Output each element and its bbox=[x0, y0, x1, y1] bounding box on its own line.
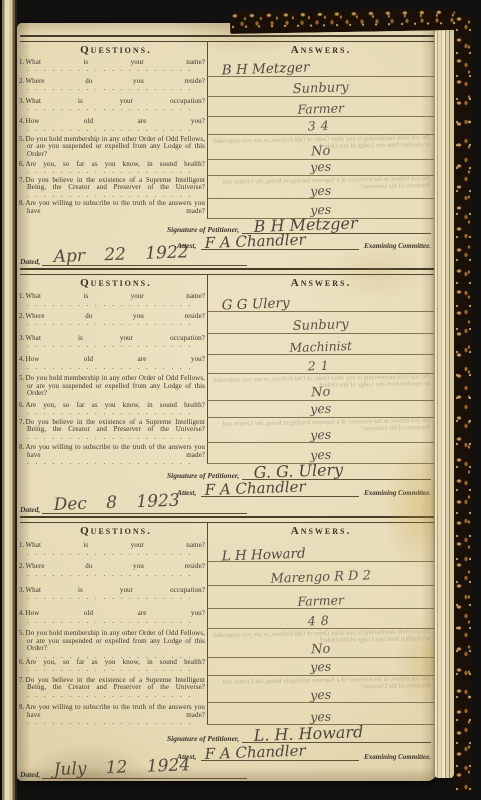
answer-cell: Sunbury bbox=[207, 77, 434, 97]
dot-leaders: . . . . . . . . . . . . . . . . . . . . bbox=[27, 408, 193, 416]
dot-leaders: . . . . . . . . . . . . . . . . . . . . bbox=[27, 84, 193, 92]
question-answer-row: 3.What is your occupation? . . . . . . .… bbox=[17, 334, 437, 356]
question-answer-row: 1.What is your name? . . . . . . . . . .… bbox=[17, 58, 437, 77]
section-divider-rule bbox=[20, 35, 434, 42]
examining-committee-label: Examining Committee. bbox=[364, 242, 431, 250]
questions-header: Questions. bbox=[17, 523, 207, 541]
handwritten-answer: Farmer bbox=[208, 99, 434, 119]
handwritten-answer: 48 bbox=[208, 611, 434, 631]
question-number: 7. bbox=[19, 676, 24, 684]
question-cell: 7.Do you believe in the existence of a S… bbox=[17, 176, 207, 200]
dot-leaders: . . . . . . . . . . . . . . . . . . . . bbox=[27, 433, 193, 441]
signature-of-petitioner-label: Signature of Petitioner, bbox=[167, 734, 239, 743]
answer-cell: 48 bbox=[207, 609, 434, 629]
date-line: Apr 22 1922 bbox=[42, 265, 247, 266]
dot-leaders: . . . . . . . . . . . . . . . . . . . . bbox=[27, 617, 193, 625]
question-cell: 3.What is your occupation? . . . . . . .… bbox=[17, 97, 207, 117]
question-cell: 6.Are you, so far as you know, in sound … bbox=[17, 160, 207, 176]
question-cell: 8.Are you willing to subscribe to the tr… bbox=[17, 443, 207, 464]
dated-row: Dated, July 12 1924 bbox=[17, 762, 437, 781]
answer-cell: Machinist bbox=[207, 334, 434, 356]
answer-cell: Farmer bbox=[207, 97, 434, 117]
attest-signature: F A Chandler bbox=[205, 230, 307, 252]
dot-leaders: . . . . . . . . . . . . . . . . . . . . bbox=[27, 665, 193, 673]
question-number: 4. bbox=[19, 609, 24, 617]
question-answer-row: 8.Are you willing to subscribe to the tr… bbox=[17, 703, 437, 725]
dot-leaders: . . . . . . . . . . . . . . . . . . . . bbox=[27, 300, 193, 308]
attest-label: Attest, bbox=[177, 488, 196, 497]
handwritten-answer: 21 bbox=[208, 356, 434, 376]
answer-cell: Sunbury bbox=[207, 312, 434, 334]
dated-label: Dated, bbox=[20, 770, 40, 779]
attest-line: F A Chandler bbox=[201, 249, 359, 250]
question-number: 8. bbox=[19, 443, 24, 451]
answer-cell: yes bbox=[207, 160, 434, 176]
book-cover-marbled-right bbox=[454, 15, 471, 793]
question-cell: 5.Do you hold membership in any other Or… bbox=[17, 374, 207, 400]
dot-leaders: . . . . . . . . . . . . . . . . . . . . bbox=[27, 104, 193, 112]
question-answer-row: 8.Are you willing to subscribe to the tr… bbox=[17, 199, 437, 218]
dot-leaders: . . . . . . . . . . . . . . . . . . . . bbox=[27, 65, 193, 73]
answers-header: Answers. bbox=[207, 275, 434, 292]
page-stack-edges bbox=[435, 25, 454, 778]
questions-header: Questions. bbox=[17, 42, 207, 58]
question-cell: 1.What is your name? . . . . . . . . . .… bbox=[17, 292, 207, 312]
question-number: 3. bbox=[19, 334, 24, 342]
question-cell: 1.What is your name? . . . . . . . . . .… bbox=[17, 541, 207, 562]
membership-petition-section: Questions. Answers. 1.What is your name?… bbox=[17, 516, 437, 781]
question-cell: 4.How old are you? . . . . . . . . . . .… bbox=[17, 609, 207, 629]
question-cell: 7.Do you believe in the existence of a S… bbox=[17, 418, 207, 444]
dated-row: Dated, Apr 22 1922 bbox=[17, 251, 437, 268]
question-text: Do you believe in the existence of a Sup… bbox=[25, 176, 205, 192]
dot-leaders: . . . . . . . . . . . . . . . . . . . . bbox=[27, 167, 193, 175]
dated-label: Dated, bbox=[20, 505, 40, 514]
question-answer-row: 7.Do you believe in the existence of a S… bbox=[17, 418, 437, 444]
dot-leaders: . . . . . . . . . . . . . . . . . . . . bbox=[27, 125, 193, 133]
dot-leaders: . . . . . . . . . . . . . . . . . . . . bbox=[27, 363, 193, 371]
header-row: Questions. Answers. bbox=[17, 42, 437, 58]
answer-cell: L H Howard bbox=[207, 541, 434, 562]
question-number: 1. bbox=[19, 541, 24, 549]
examining-committee-label: Examining Committee. bbox=[364, 489, 431, 497]
signature-row: Signature of Petitioner, L. H. Howard bbox=[17, 725, 437, 743]
header-row: Questions. Answers. bbox=[17, 523, 437, 541]
attest-line: F A Chandler bbox=[201, 496, 359, 497]
handwritten-answer: Sunbury bbox=[208, 315, 434, 336]
question-cell: 8.Are you willing to subscribe to the tr… bbox=[17, 199, 207, 218]
attest-line: F A Chandler bbox=[201, 760, 359, 761]
dot-leaders: . . . . . . . . . . . . . . . . . . . . bbox=[27, 593, 193, 601]
dot-leaders: . . . . . . . . . . . . . . . . . . . . bbox=[27, 319, 193, 327]
date-line: July 12 1924 bbox=[42, 778, 247, 779]
question-number: 4. bbox=[19, 355, 24, 363]
signature-of-petitioner-label: Signature of Petitioner, bbox=[167, 471, 239, 480]
answer-cell: 21 bbox=[207, 355, 434, 374]
question-answer-row: 4.How old are you? . . . . . . . . . . .… bbox=[17, 117, 437, 135]
question-number: 2. bbox=[19, 77, 24, 85]
question-text: Are you willing to subscribe to the trut… bbox=[25, 703, 205, 719]
question-answer-row: 3.What is your occupation? . . . . . . .… bbox=[17, 97, 437, 117]
question-cell: 3.What is your occupation? . . . . . . .… bbox=[17, 334, 207, 356]
question-text: Do you hold membership in any other Orde… bbox=[25, 135, 205, 158]
handwritten-answer: L H Howard bbox=[208, 543, 434, 564]
examining-committee-label: Examining Committee. bbox=[364, 753, 431, 761]
handwritten-answer: No bbox=[208, 639, 434, 660]
answer-cell: Farmer bbox=[207, 586, 434, 609]
dot-leaders: . . . . . . . . . . . . . . . . . . . . bbox=[27, 691, 193, 699]
dated-row: Dated, Dec 8 1923 bbox=[17, 498, 437, 516]
question-number: 6. bbox=[19, 658, 24, 666]
handwritten-answer: yes bbox=[208, 425, 434, 445]
question-cell: 8.Are you willing to subscribe to the tr… bbox=[17, 703, 207, 725]
question-answer-row: 5.Do you hold membership in any other Or… bbox=[17, 135, 437, 160]
question-answer-row: 2.Where do you reside? . . . . . . . . .… bbox=[17, 77, 437, 97]
question-answer-row: 5.Do you hold membership in any other Or… bbox=[17, 374, 437, 400]
handwritten-answer: Marengo R D 2 bbox=[208, 567, 434, 588]
header-row: Questions. Answers. bbox=[17, 275, 437, 292]
question-text: Are you willing to subscribe to the trut… bbox=[25, 199, 205, 215]
question-answer-row: 4.How old are you? . . . . . . . . . . .… bbox=[17, 609, 437, 629]
answer-cell: G G Ulery bbox=[207, 292, 434, 312]
question-answer-row: 6.Are you, so far as you know, in sound … bbox=[17, 401, 437, 418]
handwritten-date: Dec 8 1923 bbox=[54, 491, 181, 515]
question-answer-row: 3.What is your occupation? . . . . . . .… bbox=[17, 586, 437, 609]
attest-signature: F A Chandler bbox=[205, 741, 307, 763]
answer-cell: Do you hold membership in any other Orde… bbox=[207, 629, 434, 657]
question-number: 8. bbox=[19, 199, 24, 207]
answer-cell: yes bbox=[207, 658, 434, 676]
membership-petition-section: Questions. Answers. 1.What is your name?… bbox=[17, 35, 437, 268]
question-cell: 2.Where do you reside? . . . . . . . . .… bbox=[17, 312, 207, 334]
question-answer-row: 6.Are you, so far as you know, in sound … bbox=[17, 658, 437, 676]
dot-leaders: . . . . . . . . . . . . . . . . . . . . bbox=[27, 341, 193, 349]
question-number: 5. bbox=[19, 135, 24, 143]
question-text: Are you willing to subscribe to the trut… bbox=[25, 443, 205, 459]
dot-leaders: . . . . . . . . . . . . . . . . . . . . bbox=[27, 570, 193, 578]
handwritten-answer: Farmer bbox=[208, 591, 434, 611]
question-number: 7. bbox=[19, 176, 24, 184]
answer-cell: Marengo R D 2 bbox=[207, 562, 434, 585]
membership-petition-section: Questions. Answers. 1.What is your name?… bbox=[17, 268, 437, 516]
question-number: 6. bbox=[19, 401, 24, 409]
handwritten-answer: B H Metzger bbox=[208, 57, 434, 78]
question-cell: 2.Where do you reside? . . . . . . . . .… bbox=[17, 77, 207, 97]
question-cell: 6.Are you, so far as you know, in sound … bbox=[17, 658, 207, 676]
handwritten-answer: yes bbox=[208, 657, 434, 677]
dot-leaders: . . . . . . . . . . . . . . . . . . . . bbox=[27, 549, 193, 557]
question-number: 5. bbox=[19, 374, 24, 382]
signature-row: Signature of Petitioner, G. G. Ulery bbox=[17, 464, 437, 481]
attest-signature: F A Chandler bbox=[205, 477, 307, 499]
answer-cell: yes bbox=[207, 401, 434, 418]
answer-cell: Do you believe in the existence of a Sup… bbox=[207, 176, 434, 200]
answer-cell: Do you believe in the existence of a Sup… bbox=[207, 676, 434, 703]
question-answer-row: 2.Where do you reside? . . . . . . . . .… bbox=[17, 312, 437, 334]
question-answer-row: 1.What is your name? . . . . . . . . . .… bbox=[17, 292, 437, 312]
book-cover-marbled-top bbox=[230, 8, 456, 34]
scanned-book-photo: Questions. Answers. 1.What is your name?… bbox=[0, 0, 481, 800]
handwritten-answer: Machinist bbox=[208, 337, 434, 357]
handwritten-answer: yes bbox=[208, 181, 434, 201]
handwritten-answer: 34 bbox=[208, 116, 434, 136]
petition-form-page: Questions. Answers. 1.What is your name?… bbox=[17, 23, 437, 781]
answer-cell: Do you hold membership in any other Orde… bbox=[207, 374, 434, 400]
handwritten-answer: Sunbury bbox=[208, 78, 434, 99]
question-cell: 3.What is your occupation? . . . . . . .… bbox=[17, 586, 207, 609]
question-cell: 1.What is your name? . . . . . . . . . .… bbox=[17, 58, 207, 77]
question-number: 3. bbox=[19, 586, 24, 594]
handwritten-answer: yes bbox=[208, 157, 434, 177]
answer-cell: 34 bbox=[207, 117, 434, 135]
question-cell: 4.How old are you? . . . . . . . . . . .… bbox=[17, 355, 207, 374]
question-number: 3. bbox=[19, 97, 24, 105]
question-number: 6. bbox=[19, 160, 24, 168]
question-answer-row: 1.What is your name? . . . . . . . . . .… bbox=[17, 541, 437, 562]
section-divider-rule bbox=[20, 516, 434, 523]
question-text: Do you believe in the existence of a Sup… bbox=[25, 418, 205, 434]
question-cell: 5.Do you hold membership in any other Or… bbox=[17, 629, 207, 657]
handwritten-answer: G G Ulery bbox=[208, 292, 434, 313]
question-number: 8. bbox=[19, 703, 24, 711]
question-answer-row: 4.How old are you? . . . . . . . . . . .… bbox=[17, 355, 437, 374]
question-cell: 2.Where do you reside? . . . . . . . . .… bbox=[17, 562, 207, 585]
petitioner-signature: L. H. Howard bbox=[254, 722, 364, 745]
dated-label: Dated, bbox=[20, 257, 40, 266]
question-answer-row: 2.Where do you reside? . . . . . . . . .… bbox=[17, 562, 437, 585]
handwritten-date: July 12 1924 bbox=[54, 755, 191, 780]
date-line: Dec 8 1923 bbox=[42, 513, 247, 514]
answers-header: Answers. bbox=[207, 523, 434, 541]
question-text: Do you believe in the existence of a Sup… bbox=[25, 676, 205, 692]
question-number: 5. bbox=[19, 629, 24, 637]
answer-cell: Do you hold membership in any other Orde… bbox=[207, 135, 434, 160]
question-number: 2. bbox=[19, 312, 24, 320]
left-page-edge bbox=[0, 0, 17, 800]
question-number: 1. bbox=[19, 58, 24, 66]
question-text: Do you hold membership in any other Orde… bbox=[25, 374, 205, 397]
question-number: 7. bbox=[19, 418, 24, 426]
question-cell: 5.Do you hold membership in any other Or… bbox=[17, 135, 207, 160]
handwritten-answer: yes bbox=[208, 685, 434, 705]
question-answer-row: 8.Are you willing to subscribe to the tr… bbox=[17, 443, 437, 464]
question-number: 4. bbox=[19, 117, 24, 125]
answer-cell: B H Metzger bbox=[207, 58, 434, 77]
question-cell: 6.Are you, so far as you know, in sound … bbox=[17, 401, 207, 418]
question-cell: 4.How old are you? . . . . . . . . . . .… bbox=[17, 117, 207, 135]
question-text: Do you hold membership in any other Orde… bbox=[25, 629, 205, 652]
section-divider-rule bbox=[20, 268, 434, 275]
question-answer-row: 6.Are you, so far as you know, in sound … bbox=[17, 160, 437, 176]
question-number: 1. bbox=[19, 292, 24, 300]
question-number: 2. bbox=[19, 562, 24, 570]
answer-cell: yes bbox=[207, 703, 434, 725]
handwritten-answer: yes bbox=[208, 399, 434, 419]
handwritten-date: Apr 22 1922 bbox=[54, 242, 190, 267]
answers-header: Answers. bbox=[207, 42, 434, 58]
question-answer-row: 7.Do you believe in the existence of a S… bbox=[17, 176, 437, 200]
dot-leaders: . . . . . . . . . . . . . . . . . . . . bbox=[27, 191, 193, 199]
question-answer-row: 7.Do you believe in the existence of a S… bbox=[17, 676, 437, 703]
answer-cell: Do you believe in the existence of a Sup… bbox=[207, 418, 434, 444]
dot-leaders: . . . . . . . . . . . . . . . . . . . . bbox=[27, 718, 193, 725]
question-answer-row: 5.Do you hold membership in any other Or… bbox=[17, 629, 437, 657]
questions-header: Questions. bbox=[17, 275, 207, 292]
question-cell: 7.Do you believe in the existence of a S… bbox=[17, 676, 207, 703]
